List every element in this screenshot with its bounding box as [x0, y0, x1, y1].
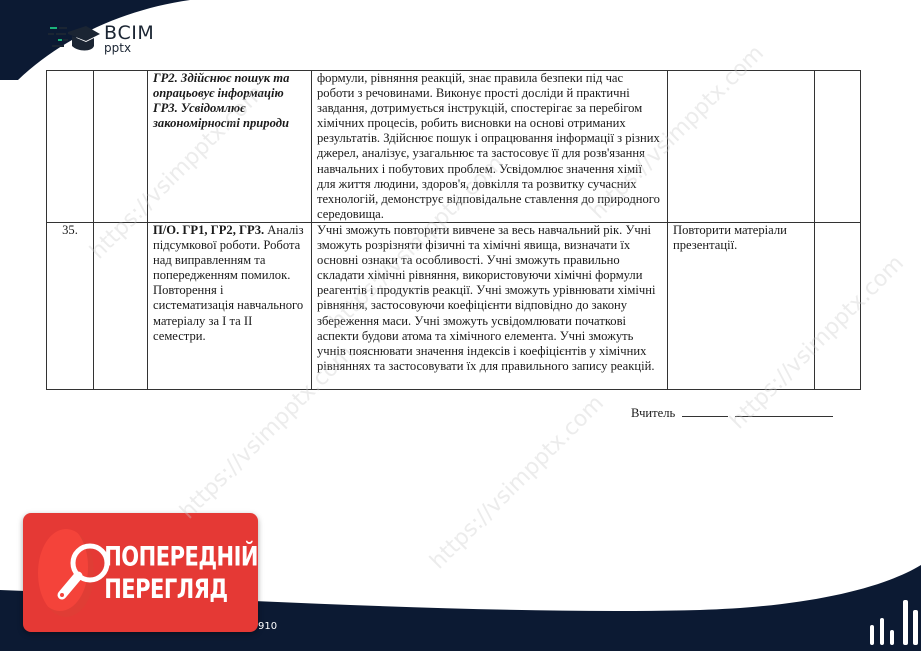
signature-line-long — [735, 404, 833, 417]
teacher-signature: Вчитель — [631, 404, 833, 421]
notes — [815, 222, 861, 389]
preview-label-line2: ПЕРЕГЛЯД — [104, 573, 258, 606]
watermark: https://vsimpptx.com — [425, 391, 608, 574]
topic-text: Аналіз підсумкової роботи. Робота над ви… — [153, 223, 304, 343]
preview-label-line1: ПОПЕРЕДНІЙ — [104, 540, 258, 573]
homework: Повторити матеріали презентації. — [668, 222, 815, 389]
topic-competencies: ГР2. Здійснює пошук та опрацьовує інформ… — [153, 71, 289, 130]
lesson-date — [94, 222, 148, 389]
logo: ВСІМ pptx — [48, 24, 154, 54]
lesson-date — [94, 71, 148, 223]
page-number: 910 — [258, 621, 277, 632]
table-row: 35. П/О. ГР1, ГР2, ГР3. Аналіз підсумков… — [47, 222, 861, 389]
preview-badge[interactable]: ПОПЕРЕДНІЙ ПЕРЕГЛЯД — [23, 513, 258, 632]
learning-outcomes: Учні зможуть повторити вивчене за весь н… — [312, 222, 668, 389]
learning-outcomes: формули, рівняння реакцій, знає правила … — [312, 71, 668, 223]
magnifier-icon — [38, 529, 94, 617]
homework — [668, 71, 815, 223]
notes — [815, 71, 861, 223]
lesson-number — [47, 71, 94, 223]
lesson-topic: П/О. ГР1, ГР2, ГР3. Аналіз підсумкової р… — [148, 222, 312, 389]
topic-competencies: П/О. ГР1, ГР2, ГР3. — [153, 223, 264, 237]
lesson-number: 35. — [47, 222, 94, 389]
graduation-cap-icon — [48, 24, 100, 54]
signature-label: Вчитель — [631, 406, 675, 420]
lesson-plan-table: ГР2. Здійснює пошук та опрацьовує інформ… — [46, 70, 861, 390]
lesson-topic: ГР2. Здійснює пошук та опрацьовує інформ… — [148, 71, 312, 223]
table-row: ГР2. Здійснює пошук та опрацьовує інформ… — [47, 71, 861, 223]
signature-line-short — [682, 404, 728, 417]
